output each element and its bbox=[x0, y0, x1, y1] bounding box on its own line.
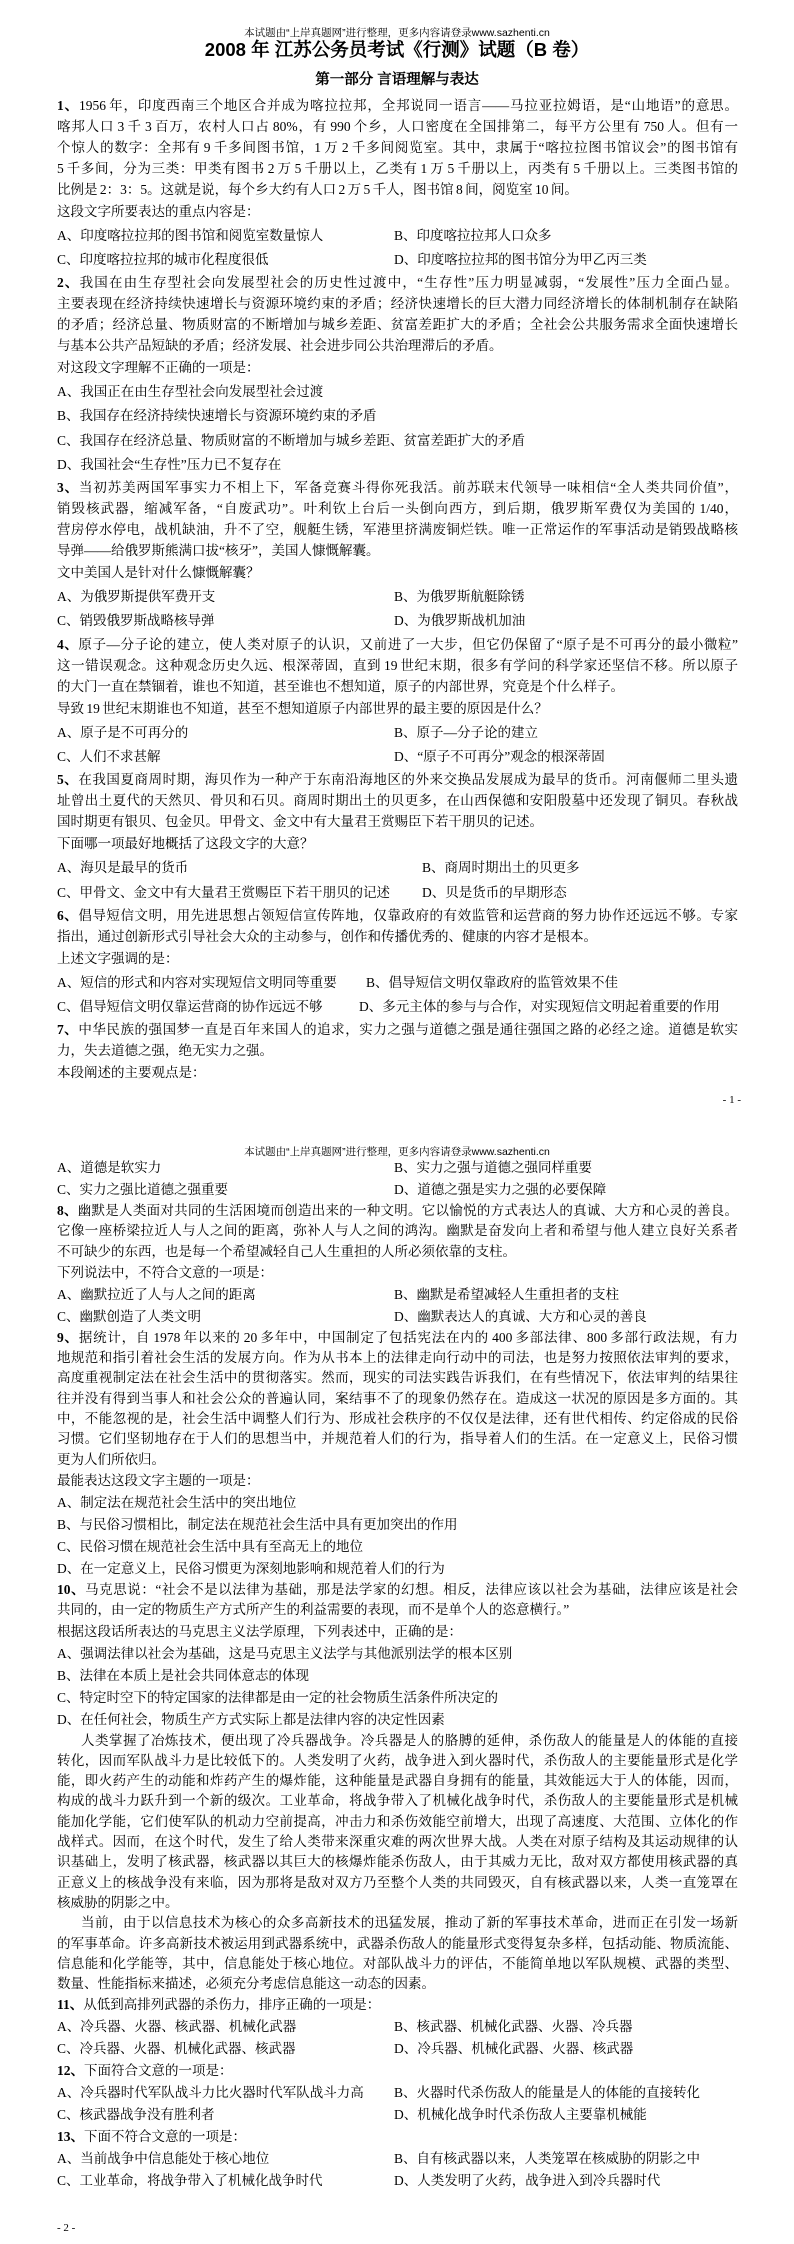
passage-paragraph-1: 人类掌握了冶炼技术，便出现了冷兵器战争。冷兵器是人的胳膊的延伸，杀伤敌人的能量是… bbox=[57, 1731, 738, 1914]
line-text: 当初苏美两国军事实力不相上下，军备竞赛斗得你死我活。前苏联末代领导一味相信“全人… bbox=[79, 480, 738, 495]
option-c: C、甲骨文、金文中有大量君王赏赐臣下若干朋贝的记述 bbox=[57, 881, 390, 905]
option-d: D、贝是货币的早期形态 bbox=[422, 881, 567, 905]
question-stem: 这段文字所要表达的重点内容是： bbox=[57, 200, 738, 224]
question-text-line: 国时期更有银贝、包金贝。甲骨文、金文中有大量君王赏赐臣下若干朋贝的记述。 bbox=[57, 811, 738, 832]
question-text-line: 指出，通过创新形式引导社会大众的主动参与，创作和传播优秀的、健康的内容才是根本。 bbox=[57, 926, 738, 947]
question-text-line: 习惯。它们坚韧地存在于人们的思想当中，并规范着人们的行为，指导着人们的生活。在一… bbox=[57, 1429, 738, 1449]
question-stem: 本段阐述的主要观点是： bbox=[57, 1061, 738, 1085]
option-a: A、强调法律以社会为基础，这是马克思主义法学与其他派别法学的根本区别 bbox=[57, 1643, 512, 1665]
question-text-line: 的矛盾；经济总量、物质财富的不断增加与城乡差距、贫富差距扩大的矛盾；全社会公共服… bbox=[57, 314, 738, 335]
option-a: A、当前战争中信息能处于核心地位 bbox=[57, 2148, 269, 2170]
passage-line: 构成的战斗力跃升到一个新的级次。工业革命，将战争带入了机械化战争时代，杀伤敌人的… bbox=[57, 1791, 738, 1811]
question-text-line: 3、当初苏美两国军事实力不相上下，军备竞赛斗得你死我活。前苏联末代领导一味相信“… bbox=[57, 477, 738, 498]
line-text: 原子—分子论的建立，使人类对原子的认识，又前进了一大步，但它仍保留了“原子是不可… bbox=[78, 637, 738, 652]
option-c: C、我国存在经济总量、物质财富的不断增加与城乡差距、贫富差距扩大的矛盾 bbox=[57, 429, 525, 453]
option-d: D、在一定意义上，民俗习惯更为深刻地影响和规范着人们的行为 bbox=[57, 1558, 445, 1580]
options-row: A、当前战争中信息能处于核心地位B、自有核武器以来，人类笼罩在核威胁的阴影之中 bbox=[57, 2148, 738, 2170]
question-stem: 下面哪一项最好地概括了这段文字的大意？ bbox=[57, 832, 738, 856]
options-row: C、冷兵器、火器、机械化武器、核武器D、冷兵器、机械化武器、火器、核武器 bbox=[57, 2038, 738, 2060]
passage-line: 数量、性能指标来描述，必须充分考虑信息能这一动态的因素。 bbox=[57, 1974, 738, 1994]
option-a: A、冷兵器时代军队战斗力比火器时代军队战斗力高 bbox=[57, 2082, 364, 2104]
question-text-line: 与基本公共产品短缺的矛盾；经济发展、社会进步同公共治理滞后的矛盾。 bbox=[57, 335, 738, 356]
option-d: D、“原子不可再分”观念的根深蒂固 bbox=[394, 745, 605, 769]
question-2: 2、我国在由生存型社会向发展型社会的历史性过渡中，“生存性”压力明显减弱，“发展… bbox=[57, 272, 738, 477]
question-11: 11、从低到高排列武器的杀伤力，排序正确的一项是： A、冷兵器、火器、核武器、机… bbox=[57, 1994, 738, 2060]
question-number: 3、 bbox=[57, 480, 79, 495]
question-text-line: 8、幽默是人类面对共同的生活困境而创造出来的一种文明。它以愉悦的方式表达人的真诚… bbox=[57, 1201, 738, 1221]
question-stem: 最能表达这段文字主题的一项是： bbox=[57, 1470, 738, 1492]
question-text-line: 4、原子—分子论的建立，使人类对原子的认识，又前进了一大步，但它仍保留了“原子是… bbox=[57, 634, 738, 655]
option-b: B、与民俗习惯相比，制定法在规范社会生活中具有更加突出的作用 bbox=[57, 1514, 458, 1536]
question-9: 9、据统计，自 1978 年以来的 20 多年中，中国制定了包括宪法在内的 40… bbox=[57, 1328, 738, 1580]
options-row: C、人们不求甚解D、“原子不可再分”观念的根深蒂固 bbox=[57, 745, 738, 769]
option-d: D、幽默表达人的真诚、大方和心灵的善良 bbox=[394, 1306, 647, 1328]
question-stem: 下列说法中，不符合文意的一项是： bbox=[57, 1262, 738, 1284]
line-text: 1956 年，印度西南三个地区合并成为喀拉拉邦，全邦说同一语言——马拉亚拉姆语，… bbox=[79, 98, 738, 113]
passage-line: 正意义上的核战争没有来临，因为那将是敌对双方乃至整个人类的共同毁灭，自有核武器以… bbox=[57, 1873, 738, 1893]
line-text: 马克思说：“社会不是以法律为基础，那是法学家的幻想。相反，法律应该以社会为基础，… bbox=[85, 1582, 738, 1597]
question-number: 8、 bbox=[57, 1203, 78, 1218]
question-4: 4、原子—分子论的建立，使人类对原子的认识，又前进了一大步，但它仍保留了“原子是… bbox=[57, 634, 738, 770]
question-text-line: 营房停水停电，战机缺油，升不了空，舰艇生锈，军港里挤满废铜烂铁。唯一正常运作的军… bbox=[57, 519, 738, 540]
options-row: D、在任何社会，物质生产方式实际上都是法律内容的决定性因素 bbox=[57, 1709, 738, 1731]
question-text-line: 更为人们所依归。 bbox=[57, 1450, 738, 1470]
options-row: C、幽默创造了人类文明D、幽默表达人的真诚、大方和心灵的善良 bbox=[57, 1306, 738, 1328]
question-text-line: 5、在我国夏商周时期，海贝作为一种产于东南沿海地区的外来交换品发展成为最早的货币… bbox=[57, 769, 738, 790]
option-a: A、原子是不可再分的 bbox=[57, 721, 188, 745]
question-12: 12、下面符合文意的一项是： A、冷兵器时代军队战斗力比火器时代军队战斗力高B、… bbox=[57, 2060, 738, 2126]
option-a: A、幽默拉近了人与人之间的距离 bbox=[57, 1284, 256, 1306]
question-text-line: 它像一座桥梁拉近人与人之间的距离，弥补人与人之间的鸿沟。幽默是奋发向上者和希望与… bbox=[57, 1221, 738, 1241]
option-c: C、幽默创造了人类文明 bbox=[57, 1306, 201, 1328]
passage-paragraph-2: 当前，由于以信息技术为核心的众多高新技术的迅猛发展，推动了新的军事技术革命，进而… bbox=[57, 1913, 738, 1994]
question-number: 10、 bbox=[57, 1582, 85, 1597]
options-row: A、冷兵器、火器、核武器、机械化武器B、核武器、机械化武器、火器、冷兵器 bbox=[57, 2016, 738, 2038]
question-text-line: 地规范和指引着社会生活的发展方向。作为从书本上的法律走向行动中的司法，也是努力按… bbox=[57, 1348, 738, 1368]
option-a: A、冷兵器、火器、核武器、机械化武器 bbox=[57, 2016, 296, 2038]
question-text-line: 7、中华民族的强国梦一直是百年来国人的追求，实力之强与道德之强是通往强国之路的必… bbox=[57, 1019, 738, 1040]
option-b: B、幽默是希望减轻人生重担者的支柱 bbox=[394, 1284, 619, 1306]
question-number: 12、 bbox=[57, 2063, 84, 2078]
option-b: B、为俄罗斯航艇除锈 bbox=[394, 585, 525, 609]
question-text-line: 个惊人的数字：全邦有 9 千多间图书馆，1 万 2 千多间阅览室。其中，隶属于“… bbox=[57, 137, 738, 158]
line-text: 在我国夏商周时期，海贝作为一种产于东南沿海地区的外来交换品发展成为最早的货币。河… bbox=[78, 772, 738, 787]
option-d: D、我国社会“生存性”压力已不复存在 bbox=[57, 453, 281, 477]
option-b: B、法律在本质上是社会共同体意志的体现 bbox=[57, 1665, 309, 1687]
options-row: A、道德是软实力B、实力之强与道德之强同样重要 bbox=[57, 1157, 738, 1179]
reading-passage: 人类掌握了冶炼技术，便出现了冷兵器战争。冷兵器是人的胳膊的延伸，杀伤敌人的能量是… bbox=[57, 1731, 738, 1995]
question-number: 5、 bbox=[57, 772, 78, 787]
option-c: C、印度喀拉拉邦的城市化程度很低 bbox=[57, 248, 269, 272]
section-heading: 第一部分 言语理解与表达 bbox=[0, 70, 794, 90]
options-row: A、我国正在由生存型社会向发展型社会过渡 bbox=[57, 380, 738, 404]
question-text-line: 1、1956 年，印度西南三个地区合并成为喀拉拉邦，全邦说同一语言——马拉亚拉姆… bbox=[57, 95, 738, 116]
question-stem: 导致 19 世纪末期谁也不知道，甚至不想知道原子内部世界的最主要的原因是什么？ bbox=[57, 697, 738, 721]
options-row: A、为俄罗斯提供军费开支B、为俄罗斯航艇除锈 bbox=[57, 585, 738, 609]
line-text: 据统计，自 1978 年以来的 20 多年中，中国制定了包括宪法在内的 400 … bbox=[79, 1330, 738, 1345]
options-row: A、冷兵器时代军队战斗力比火器时代军队战斗力高B、火器时代杀伤敌人的能量是人的体… bbox=[57, 2082, 738, 2104]
options-row: C、实力之强比道德之强重要D、道德之强是实力之强的必要保障 bbox=[57, 1179, 738, 1201]
question-stem: 根据这段话所表达的马克思主义法学原理，下列表述中，正确的是： bbox=[57, 1621, 738, 1643]
exam-document: 本试题由“上岸真题网”进行整理，更多内容请登录www.sazhenti.cn 2… bbox=[0, 0, 794, 2244]
page-header-watermark: 本试题由“上岸真题网”进行整理，更多内容请登录www.sazhenti.cn bbox=[0, 26, 794, 40]
question-stem: 上述文字强调的是： bbox=[57, 947, 738, 971]
line-text: 我国在由生存型社会向发展型社会的历史性过渡中，“生存性”压力明显减弱，“发展性”… bbox=[80, 275, 738, 290]
option-a: A、道德是软实力 bbox=[57, 1157, 161, 1179]
question-number: 13、 bbox=[57, 2129, 84, 2144]
option-a: A、制定法在规范社会生活中的突出地位 bbox=[57, 1492, 296, 1514]
option-c: C、特定时空下的特定国家的法律都是由一定的社会物质生活条件所决定的 bbox=[57, 1687, 498, 1709]
question-8: 8、幽默是人类面对共同的生活困境而创造出来的一种文明。它以愉悦的方式表达人的真诚… bbox=[57, 1201, 738, 1328]
options-row: D、我国社会“生存性”压力已不复存在 bbox=[57, 453, 738, 477]
option-b: B、原子—分子论的建立 bbox=[394, 721, 538, 745]
passage-line: 人类掌握了冶炼技术，便出现了冷兵器战争。冷兵器是人的胳膊的延伸，杀伤敌人的能量是… bbox=[57, 1731, 738, 1751]
option-b: B、印度喀拉拉邦人口众多 bbox=[394, 224, 552, 248]
option-d: D、印度喀拉拉邦的图书馆分为甲乙丙三类 bbox=[394, 248, 647, 272]
page-2-content: A、道德是软实力B、实力之强与道德之强同样重要 C、实力之强比道德之强重要D、道… bbox=[57, 1157, 738, 2192]
option-d: D、多元主体的参与与合作，对实现短信文明起着重要的作用 bbox=[359, 995, 720, 1019]
option-c: C、冷兵器、火器、机械化武器、核武器 bbox=[57, 2038, 296, 2060]
options-row: C、印度喀拉拉邦的城市化程度很低D、印度喀拉拉邦的图书馆分为甲乙丙三类 bbox=[57, 248, 738, 272]
passage-line: 信息能和化学能等，其中，信息能处于核心地位。对部队战斗力的评估，不能简单地以军队… bbox=[57, 1954, 738, 1974]
passage-line: 当前，由于以信息技术为核心的众多高新技术的迅猛发展，推动了新的军事技术革命，进而… bbox=[57, 1913, 738, 1933]
options-row: D、在一定意义上，民俗习惯更为深刻地影响和规范着人们的行为 bbox=[57, 1558, 738, 1580]
question-text-line: 比例是 2：3：5。这就是说，每个乡大约有人口 2 万 5 千人，图书馆 8 间… bbox=[57, 179, 738, 200]
question-stem: 13、下面不符合文意的一项是： bbox=[57, 2126, 738, 2148]
question-text-line: 喀邦人口 3 千 3 百万，农村人口占 80%，有 990 个乡，人口密度在全国… bbox=[57, 116, 738, 137]
option-c: C、工业革命，将战争带入了机械化战争时代 bbox=[57, 2170, 323, 2192]
question-stem: 文中美国人是针对什么慷慨解囊？ bbox=[57, 561, 738, 585]
line-text: 幽默是人类面对共同的生活困境而创造出来的一种文明。它以愉悦的方式表达人的真诚、大… bbox=[78, 1203, 738, 1218]
question-text-line: 2、我国在由生存型社会向发展型社会的历史性过渡中，“生存性”压力明显减弱，“发展… bbox=[57, 272, 738, 293]
passage-line: 战样式。因而，在这个时代，发生了给人类带来深重灾难的两次世界大战。人类在对原子结… bbox=[57, 1832, 738, 1852]
option-b: B、火器时代杀伤敌人的能量是人的体能的直接转化 bbox=[394, 2082, 700, 2104]
question-text-line: 这一错误观念。这种观念历史久远、根深蒂固，直到 19 世纪末期，很多有学问的科学… bbox=[57, 655, 738, 676]
option-c: C、销毁俄罗斯战略核导弹 bbox=[57, 609, 215, 633]
options-row: C、甲骨文、金文中有大量君王赏赐臣下若干朋贝的记述D、贝是货币的早期形态 bbox=[57, 881, 738, 905]
option-a: A、我国正在由生存型社会向发展型社会过渡 bbox=[57, 380, 323, 404]
options-row: A、短信的形式和内容对实现短信文明同等重要B、倡导短信文明仅靠政府的监管效果不佳 bbox=[57, 971, 738, 995]
options-row: A、幽默拉近了人与人之间的距离B、幽默是希望减轻人生重担者的支柱 bbox=[57, 1284, 738, 1306]
options-row: A、印度喀拉拉邦的图书馆和阅览室数量惊人B、印度喀拉拉邦人口众多 bbox=[57, 224, 738, 248]
stem-text: 下面符合文意的一项是： bbox=[84, 2063, 233, 2078]
option-c: C、人们不求甚解 bbox=[57, 745, 161, 769]
options-row: B、我国存在经济持续快速增长与资源环境约束的矛盾 bbox=[57, 404, 738, 428]
question-text-line: 导弹——给俄罗斯熊满口拔“核牙”，美国人慷慨解囊。 bbox=[57, 540, 738, 561]
question-text-line: 不可缺少的东西，也是每一个希望减轻自己人生重担的人所必须依靠的支柱。 bbox=[57, 1242, 738, 1262]
option-d: D、道德之强是实力之强的必要保障 bbox=[394, 1179, 606, 1201]
passage-line: 核威胁的阴影之中。 bbox=[57, 1893, 738, 1913]
question-text-line: 主要表现在经济持续快速增长与资源环境约束的矛盾；经济快速增长的巨大潜力同经济增长… bbox=[57, 293, 738, 314]
question-number: 2、 bbox=[57, 275, 80, 290]
stem-text: 下面不符合文意的一项是： bbox=[84, 2129, 246, 2144]
passage-line: 识基础上，发明了核武器，核武器以其巨大的核爆炸能杀伤敌人，由于其威力无比，敌对双… bbox=[57, 1852, 738, 1872]
options-row: C、特定时空下的特定国家的法律都是由一定的社会物质生活条件所决定的 bbox=[57, 1687, 738, 1709]
question-5: 5、在我国夏商周时期，海贝作为一种产于东南沿海地区的外来交换品发展成为最早的货币… bbox=[57, 769, 738, 905]
passage-line: 转化，因而军队战斗力是比较低下的。人类发明了火药，战争进入到火器时代，杀伤敌人的… bbox=[57, 1751, 738, 1771]
document-title: 2008 年 江苏公务员考试《行测》试题（B 卷） bbox=[0, 39, 794, 61]
option-b: B、自有核武器以来，人类笼罩在核威胁的阴影之中 bbox=[394, 2148, 700, 2170]
option-d: D、机械化战争时代杀伤敌人主要靠机械能 bbox=[394, 2104, 647, 2126]
question-text-line: 5 千多间，分为三类：甲类有图书 2 万 5 千册以上，乙类有 1 万 5 千册… bbox=[57, 158, 738, 179]
question-stem: 12、下面符合文意的一项是： bbox=[57, 2060, 738, 2082]
passage-line: 的军事革命。许多高新技术被运用到武器系统中，武器杀伤敌人的能量形式变得复杂多样，… bbox=[57, 1934, 738, 1954]
question-text-line: 销毁核武器，缩减军备，“自废武功”。叶利钦上台后一头倒向西方，到后期，俄罗斯军费… bbox=[57, 498, 738, 519]
options-row: A、原子是不可再分的B、原子—分子论的建立 bbox=[57, 721, 738, 745]
question-13: 13、下面不符合文意的一项是： A、当前战争中信息能处于核心地位B、自有核武器以… bbox=[57, 2126, 738, 2192]
stem-text: 从低到高排列武器的杀伤力，排序正确的一项是： bbox=[83, 1997, 380, 2012]
question-text-line: 力，失去道德之强，绝无实力之强。 bbox=[57, 1040, 738, 1061]
options-row: C、核武器战争没有胜利者D、机械化战争时代杀伤敌人主要靠机械能 bbox=[57, 2104, 738, 2126]
option-c: C、实力之强比道德之强重要 bbox=[57, 1179, 228, 1201]
passage-line: 能加化学能，它们使军队的机动力空前提高，冲击力和杀伤效能空前增大，出现了高速度、… bbox=[57, 1812, 738, 1832]
question-1: 1、1956 年，印度西南三个地区合并成为喀拉拉邦，全邦说同一语言——马拉亚拉姆… bbox=[57, 95, 738, 273]
options-row: B、与民俗习惯相比，制定法在规范社会生活中具有更加突出的作用 bbox=[57, 1514, 738, 1536]
question-text-line: 高度重视制定法在社会生活中的贯彻落实。然而，现实的司法实践告诉我们，在有些情况下… bbox=[57, 1368, 738, 1388]
question-text-line: 往并没有得到当事人和社会公众的普遍认同，案结事不了的现象仍然存在。造成这一状况的… bbox=[57, 1389, 738, 1409]
option-a: A、短信的形式和内容对实现短信文明同等重要 bbox=[57, 971, 337, 995]
question-stem: 11、从低到高排列武器的杀伤力，排序正确的一项是： bbox=[57, 1994, 738, 2016]
line-text: 倡导短信文明，用先进思想占领短信宣传阵地，仅靠政府的有效监管和运营商的努力协作还… bbox=[78, 908, 738, 923]
question-stem: 对这段文字理解不正确的一项是： bbox=[57, 356, 738, 380]
question-3: 3、当初苏美两国军事实力不相上下，军备竞赛斗得你死我活。前苏联末代领导一味相信“… bbox=[57, 477, 738, 634]
question-number: 4、 bbox=[57, 637, 78, 652]
option-a: A、为俄罗斯提供军费开支 bbox=[57, 585, 215, 609]
question-number: 7、 bbox=[57, 1022, 78, 1037]
option-b: B、我国存在经济持续快速增长与资源环境约束的矛盾 bbox=[57, 404, 377, 428]
question-text-line: 10、马克思说：“社会不是以法律为基础，那是法学家的幻想。相反，法律应该以社会为… bbox=[57, 1580, 738, 1600]
option-b: B、商周时期出土的贝更多 bbox=[422, 856, 580, 880]
question-text-line: 中，不能忽视的是，社会生活中调整人们行为、形成社会秩序的不仅仅是法律，还有世代相… bbox=[57, 1409, 738, 1429]
option-c: C、倡导短信文明仅靠运营商的协作远远不够 bbox=[57, 995, 323, 1019]
question-10: 10、马克思说：“社会不是以法律为基础，那是法学家的幻想。相反，法律应该以社会为… bbox=[57, 1580, 738, 1731]
question-7: 7、中华民族的强国梦一直是百年来国人的追求，实力之强与道德之强是通往强国之路的必… bbox=[57, 1019, 738, 1085]
question-text-line: 共同的，由一定的物质生产方式所产生的利益需要的表现，而不是单个人的恣意横行。” bbox=[57, 1600, 738, 1620]
options-row: A、海贝是最早的货币B、商周时期出土的贝更多 bbox=[57, 856, 738, 880]
option-b: B、实力之强与道德之强同样重要 bbox=[394, 1157, 592, 1179]
question-number: 1、 bbox=[57, 98, 79, 113]
question-number: 6、 bbox=[57, 908, 78, 923]
page-number: - 2 - bbox=[57, 2221, 75, 2235]
page-1-content: 1、1956 年，印度西南三个地区合并成为喀拉拉邦，全邦说同一语言——马拉亚拉姆… bbox=[57, 95, 738, 1086]
question-text-line: 址曾出土夏代的天然贝、骨贝和石贝。商周时期出土的贝更多，在山西保德和安阳殷墓中还… bbox=[57, 790, 738, 811]
question-text-line: 9、据统计，自 1978 年以来的 20 多年中，中国制定了包括宪法在内的 40… bbox=[57, 1328, 738, 1348]
question-7-options: A、道德是软实力B、实力之强与道德之强同样重要 C、实力之强比道德之强重要D、道… bbox=[57, 1157, 738, 1201]
options-row: C、倡导短信文明仅靠运营商的协作远远不够D、多元主体的参与与合作，对实现短信文明… bbox=[57, 995, 738, 1019]
options-row: A、制定法在规范社会生活中的突出地位 bbox=[57, 1492, 738, 1514]
question-6: 6、倡导短信文明，用先进思想占领短信宣传阵地，仅靠政府的有效监管和运营商的努力协… bbox=[57, 905, 738, 1020]
line-text: 中华民族的强国梦一直是百年来国人的追求，实力之强与道德之强是通往强国之路的必经之… bbox=[78, 1022, 738, 1037]
option-a: A、印度喀拉拉邦的图书馆和阅览室数量惊人 bbox=[57, 224, 323, 248]
options-row: C、我国存在经济总量、物质财富的不断增加与城乡差距、贫富差距扩大的矛盾 bbox=[57, 429, 738, 453]
option-c: C、民俗习惯在规范社会生活中具有至高无上的地位 bbox=[57, 1536, 363, 1558]
options-row: C、销毁俄罗斯战略核导弹D、为俄罗斯战机加油 bbox=[57, 609, 738, 633]
option-c: C、核武器战争没有胜利者 bbox=[57, 2104, 215, 2126]
options-row: C、工业革命，将战争带入了机械化战争时代D、人类发明了火药，战争进入到冷兵器时代 bbox=[57, 2170, 738, 2192]
option-b: B、倡导短信文明仅靠政府的监管效果不佳 bbox=[366, 971, 618, 995]
passage-line: 能，即火药产生的动能和炸药产生的爆炸能，这种能量是武器自身拥有的能量，其效能远大… bbox=[57, 1771, 738, 1791]
question-number: 9、 bbox=[57, 1330, 79, 1345]
option-d: D、人类发明了火药，战争进入到冷兵器时代 bbox=[394, 2170, 660, 2192]
option-a: A、海贝是最早的货币 bbox=[57, 856, 188, 880]
question-text-line: 的大门一直在禁锢着，谁也不知道，甚至谁也不想知道，原子的内部世界，究竟是个什么样… bbox=[57, 676, 738, 697]
options-row: B、法律在本质上是社会共同体意志的体现 bbox=[57, 1665, 738, 1687]
option-d: D、在任何社会，物质生产方式实际上都是法律内容的决定性因素 bbox=[57, 1709, 445, 1731]
options-row: C、民俗习惯在规范社会生活中具有至高无上的地位 bbox=[57, 1536, 738, 1558]
page-number: - 1 - bbox=[723, 1093, 741, 1107]
question-number: 11、 bbox=[57, 1997, 83, 2012]
question-text-line: 6、倡导短信文明，用先进思想占领短信宣传阵地，仅靠政府的有效监管和运营商的努力协… bbox=[57, 905, 738, 926]
option-b: B、核武器、机械化武器、火器、冷兵器 bbox=[394, 2016, 633, 2038]
option-d: D、为俄罗斯战机加油 bbox=[394, 609, 525, 633]
options-row: A、强调法律以社会为基础，这是马克思主义法学与其他派别法学的根本区别 bbox=[57, 1643, 738, 1665]
option-d: D、冷兵器、机械化武器、火器、核武器 bbox=[394, 2038, 633, 2060]
